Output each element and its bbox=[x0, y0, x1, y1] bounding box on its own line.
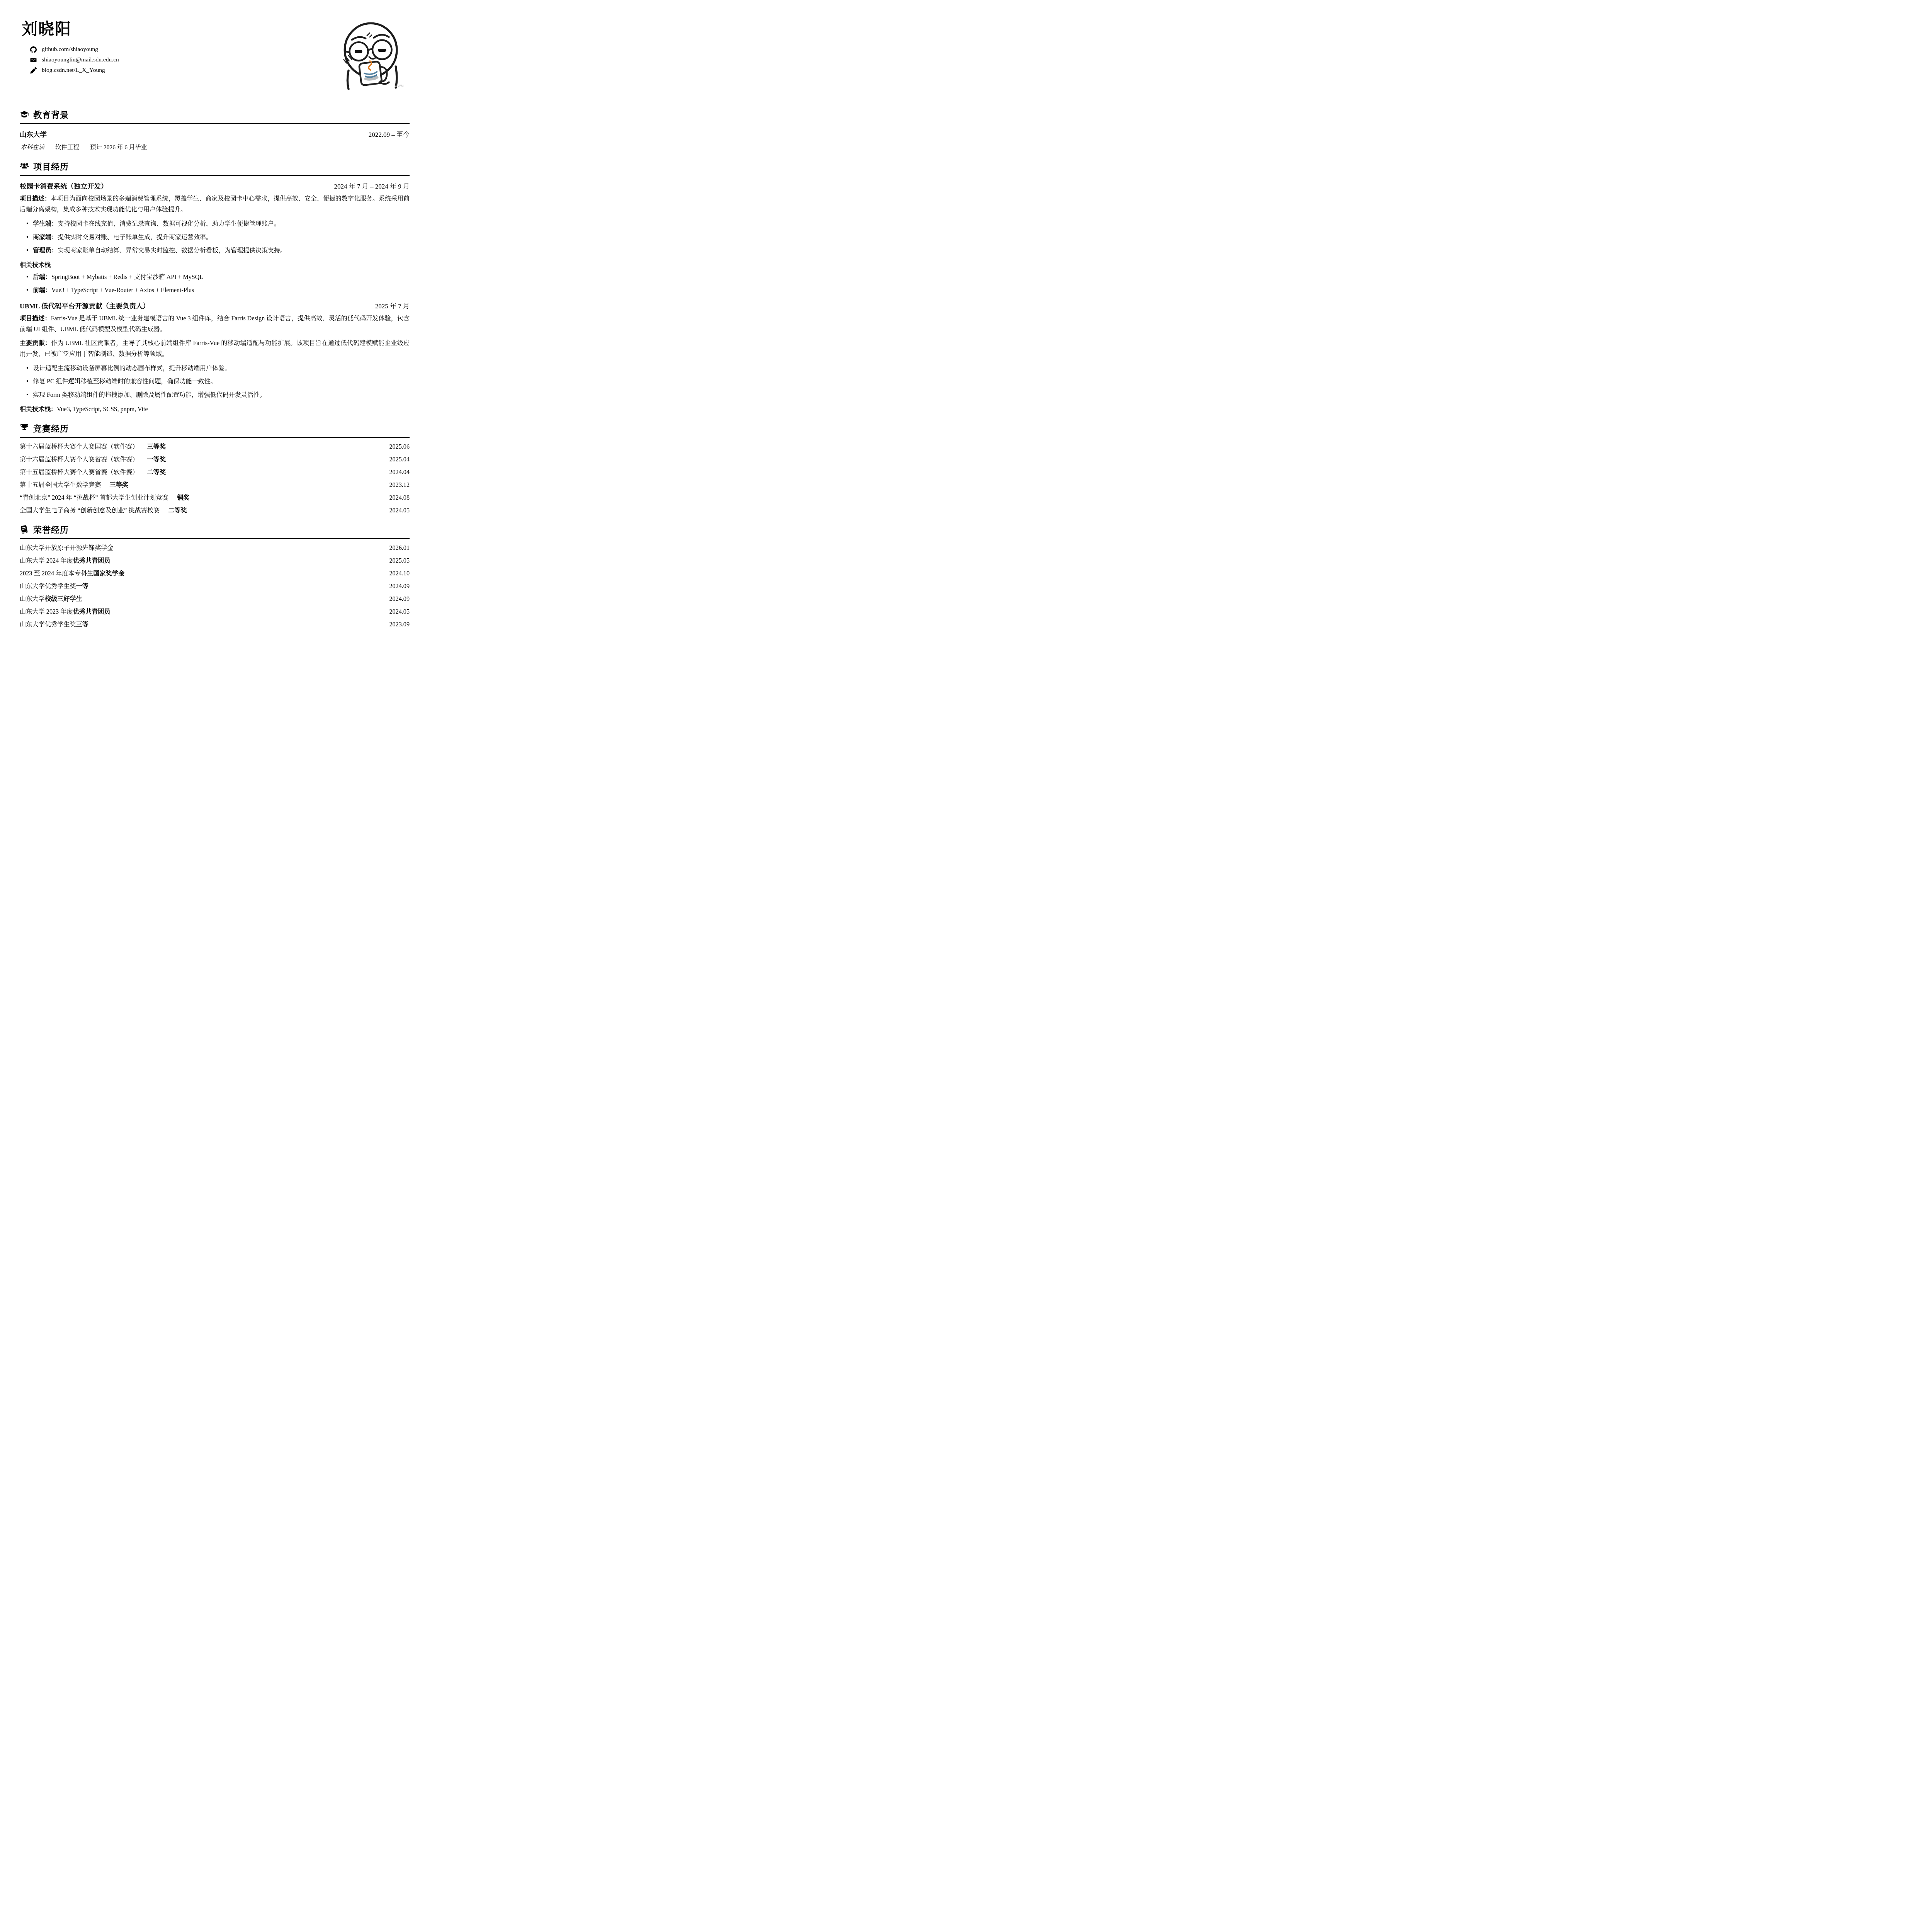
bullet-label: 前端： bbox=[33, 287, 51, 294]
description-label: 项目描述： bbox=[20, 196, 51, 202]
project-item-campus-card: 校园卡消费系统（独立开发） 2024 年 7 月 – 2024 年 9 月 项目… bbox=[20, 181, 410, 296]
competitions-title: 竞赛经历 bbox=[33, 422, 69, 434]
competition-text: 第十五届蓝桥杯大赛个人赛省赛（软件赛）二等奖 bbox=[20, 467, 166, 476]
github-text: github.com/shiaoyoung bbox=[42, 46, 98, 53]
bullet-item: 学生端：支持校园卡在线充值、消费记录查询、数据可视化分析，助力学生便捷管理账户。 bbox=[33, 219, 410, 229]
project-bullet-list: 设计适配主流移动设备屏幕比例的动态画布样式，提升移动端用户体验。 修复 PC 组… bbox=[20, 364, 410, 400]
honor-date: 2024.10 bbox=[389, 570, 410, 577]
competition-row: “青创北京” 2024 年 “挑战杯” 首都大学生创业计划竞赛铜奖 2024.0… bbox=[20, 492, 410, 502]
competition-date: 2024.05 bbox=[389, 507, 410, 514]
pencil-icon bbox=[30, 67, 37, 74]
competition-row: 第十五届全国大学生数学竞赛三等奖 2023.12 bbox=[20, 480, 410, 489]
honor-name: 山东大学 bbox=[20, 595, 45, 602]
honor-name: 山东大学 2024 年度 bbox=[20, 557, 73, 564]
award-level: 铜奖 bbox=[177, 494, 189, 501]
competition-name: 第十五届蓝桥杯大赛个人赛省赛（软件赛） bbox=[20, 469, 139, 476]
competition-text: 第十六届蓝桥杯大赛个人赛国赛（软件赛）三等奖 bbox=[20, 441, 166, 451]
section-education: 教育背景 山东大学 2022.09 – 至今 本科在读 软件工程 预计 2026… bbox=[20, 109, 410, 151]
avatar-image: WWM bbox=[338, 19, 407, 90]
honor-date: 2026.01 bbox=[389, 544, 410, 552]
bullet-label: 学生端： bbox=[33, 221, 58, 227]
svg-text:WWM: WWM bbox=[395, 84, 404, 88]
education-date: 2022.09 – 至今 bbox=[369, 129, 410, 139]
honor-name-bold: 一等 bbox=[76, 583, 88, 590]
bullet-text: 设计适配主流移动设备屏幕比例的动态画布样式，提升移动端用户体验。 bbox=[33, 365, 231, 372]
graduation-cap-icon bbox=[20, 110, 29, 119]
bullet-text: 支持校园卡在线充值、消费记录查询、数据可视化分析，助力学生便捷管理账户。 bbox=[58, 221, 280, 227]
competition-row: 第十六届蓝桥杯大赛个人赛省赛（软件赛）一等奖 2025.04 bbox=[20, 454, 410, 463]
honor-row: 山东大学校级三好学生 2024.09 bbox=[20, 594, 410, 603]
honor-date: 2024.05 bbox=[389, 608, 410, 616]
project-entry-head: 校园卡消费系统（独立开发） 2024 年 7 月 – 2024 年 9 月 bbox=[20, 181, 410, 191]
project-name: UBML 低代码平台开源贡献（主要负责人） bbox=[20, 301, 150, 311]
tech-stack-label: 相关技术栈： bbox=[20, 406, 57, 413]
honor-name: 山东大学优秀学生奖 bbox=[20, 621, 76, 628]
project-description: 项目描述：本项目为面向校园场景的多端消费管理系统，覆盖学生、商家及校园卡中心需求… bbox=[20, 194, 410, 216]
bullet-item: 设计适配主流移动设备屏幕比例的动态画布样式，提升移动端用户体验。 bbox=[33, 364, 410, 374]
honor-date: 2025.05 bbox=[389, 557, 410, 565]
bullet-label: 后端： bbox=[33, 274, 51, 281]
honors-header: 荣誉经历 bbox=[20, 524, 410, 536]
contribution-label: 主要贡献： bbox=[20, 340, 51, 347]
award-level: 三等奖 bbox=[147, 443, 166, 450]
honor-name-bold: 优秀共青团员 bbox=[73, 608, 111, 615]
description-label: 项目描述： bbox=[20, 315, 51, 322]
section-rule bbox=[20, 175, 410, 176]
section-rule bbox=[20, 437, 410, 438]
project-bullet-list: 学生端：支持校园卡在线充值、消费记录查询、数据可视化分析，助力学生便捷管理账户。… bbox=[20, 219, 410, 256]
project-item-ubml: UBML 低代码平台开源贡献（主要负责人） 2025 年 7 月 项目描述：Fa… bbox=[20, 301, 410, 413]
competitions-header: 竞赛经历 bbox=[20, 422, 410, 434]
bullet-item: 实现 Form 类移动端组件的拖拽添加、删除及属性配置功能，增强低代码开发灵活性… bbox=[33, 390, 410, 400]
honor-row: 2023 至 2024 年度本专科生国家奖学金 2024.10 bbox=[20, 568, 410, 577]
project-name: 校园卡消费系统（独立开发） bbox=[20, 181, 108, 191]
bullet-text: 实现商家账单自动结算、异常交易实时监控、数据分析看板，为管理提供决策支持。 bbox=[58, 247, 286, 254]
bullet-text: 修复 PC 组件逻辑移植至移动端时的兼容性问题，确保功能一致性。 bbox=[33, 378, 217, 385]
bullet-item: 商家端：提供实时交易对账、电子账单生成，提升商家运营效率。 bbox=[33, 233, 410, 243]
competition-text: “青创北京” 2024 年 “挑战杯” 首都大学生创业计划竞赛铜奖 bbox=[20, 492, 189, 502]
education-header: 教育背景 bbox=[20, 109, 410, 121]
education-entry: 山东大学 2022.09 – 至今 bbox=[20, 129, 410, 139]
competition-name: “青创北京” 2024 年 “挑战杯” 首都大学生创业计划竞赛 bbox=[20, 494, 168, 501]
education-title: 教育背景 bbox=[33, 109, 69, 121]
description-text: 本项目为面向校园场景的多端消费管理系统，覆盖学生、商家及校园卡中心需求，提供高效… bbox=[20, 196, 410, 213]
competition-text: 第十六届蓝桥杯大赛个人赛省赛（软件赛）一等奖 bbox=[20, 454, 166, 463]
degree-status: 本科在读 bbox=[20, 143, 44, 151]
projects-header: 项目经历 bbox=[20, 160, 410, 172]
tech-stack-heading: 相关技术栈 bbox=[20, 260, 410, 269]
bullet-text: 提供实时交易对账、电子账单生成，提升商家运营效率。 bbox=[58, 234, 212, 241]
award-level: 二等奖 bbox=[168, 507, 187, 514]
competition-name: 全国大学生电子商务 “创新创意及创业” 挑战赛校赛 bbox=[20, 507, 160, 514]
blog-text: blog.csdn.net/L_X_Young bbox=[42, 67, 105, 74]
bullet-item: 修复 PC 组件逻辑移植至移动端时的兼容性问题，确保功能一致性。 bbox=[33, 377, 410, 387]
resume-page: 刘晓阳 github.com/shiaoyoung shiaoyoungliu@… bbox=[0, 0, 429, 647]
competition-row: 第十六届蓝桥杯大赛个人赛国赛（软件赛）三等奖 2025.06 bbox=[20, 441, 410, 451]
section-rule bbox=[20, 123, 410, 124]
bullet-text: SpringBoot + Mybatis + Redis + 支付宝沙箱 API… bbox=[51, 274, 203, 281]
award-level: 一等奖 bbox=[147, 456, 166, 463]
honor-name-bold: 优秀共青团员 bbox=[73, 557, 111, 564]
major: 软件工程 bbox=[55, 143, 79, 151]
competition-date: 2024.08 bbox=[389, 494, 410, 502]
tech-bullet-list: 后端：SpringBoot + Mybatis + Redis + 支付宝沙箱 … bbox=[20, 272, 410, 296]
envelope-icon bbox=[30, 57, 37, 63]
competition-date: 2024.04 bbox=[389, 469, 410, 476]
honor-name-bold: 国家奖学金 bbox=[93, 570, 124, 577]
school-name: 山东大学 bbox=[20, 129, 47, 139]
users-icon bbox=[20, 162, 29, 171]
competition-list: 第十六届蓝桥杯大赛个人赛国赛（软件赛）三等奖 2025.06 第十六届蓝桥杯大赛… bbox=[20, 441, 410, 514]
competition-text: 第十五届全国大学生数学竞赛三等奖 bbox=[20, 480, 128, 489]
honor-text: 山东大学优秀学生奖三等 bbox=[20, 619, 88, 628]
contribution-text: 作为 UBML 社区贡献者，主导了其核心前端组件库 Farris-Vue 的移动… bbox=[20, 340, 410, 357]
tech-stack-line: 相关技术栈：Vue3, TypeScript, SCSS, pnpm, Vite bbox=[20, 404, 410, 413]
section-competitions: 竞赛经历 第十六届蓝桥杯大赛个人赛国赛（软件赛）三等奖 2025.06 第十六届… bbox=[20, 422, 410, 514]
competition-name: 第十六届蓝桥杯大赛个人赛省赛（软件赛） bbox=[20, 456, 139, 463]
honor-text: 山东大学 2024 年度优秀共青团员 bbox=[20, 555, 111, 565]
honor-text: 山东大学校级三好学生 bbox=[20, 594, 82, 603]
trophy-icon bbox=[20, 423, 29, 433]
project-contribution: 主要贡献：作为 UBML 社区贡献者，主导了其核心前端组件库 Farris-Vu… bbox=[20, 338, 410, 360]
project-date: 2025 年 7 月 bbox=[375, 301, 410, 310]
competition-row: 第十五届蓝桥杯大赛个人赛省赛（软件赛）二等奖 2024.04 bbox=[20, 467, 410, 476]
honors-title: 荣誉经历 bbox=[33, 524, 69, 536]
competition-date: 2025.04 bbox=[389, 456, 410, 463]
bullet-text: Vue3 + TypeScript + Vue-Router + Axios +… bbox=[51, 287, 194, 294]
bullet-item: 前端：Vue3 + TypeScript + Vue-Router + Axio… bbox=[33, 286, 410, 296]
book-icon bbox=[20, 525, 29, 534]
competition-name: 第十六届蓝桥杯大赛个人赛国赛（软件赛） bbox=[20, 443, 139, 450]
honor-text: 2023 至 2024 年度本专科生国家奖学金 bbox=[20, 568, 124, 577]
competition-text: 全国大学生电子商务 “创新创意及创业” 挑战赛校赛二等奖 bbox=[20, 505, 187, 514]
bullet-item: 管理员：实现商家账单自动结算、异常交易实时监控、数据分析看板，为管理提供决策支持… bbox=[33, 246, 410, 256]
honor-row: 山东大学开放原子开源先锋奖学金 2026.01 bbox=[20, 543, 410, 552]
bullet-item: 后端：SpringBoot + Mybatis + Redis + 支付宝沙箱 … bbox=[33, 272, 410, 282]
description-text: Farris-Vue 是基于 UBML 统一业务建模语言的 Vue 3 组件库，… bbox=[20, 315, 410, 333]
honor-name-bold: 校级三好学生 bbox=[45, 595, 82, 602]
award-level: 二等奖 bbox=[147, 469, 166, 476]
section-projects: 项目经历 校园卡消费系统（独立开发） 2024 年 7 月 – 2024 年 9… bbox=[20, 160, 410, 413]
competition-name: 第十五届全国大学生数学竞赛 bbox=[20, 481, 101, 488]
bullet-label: 管理员： bbox=[33, 247, 58, 254]
competition-row: 全国大学生电子商务 “创新创意及创业” 挑战赛校赛二等奖 2024.05 bbox=[20, 505, 410, 514]
github-icon bbox=[30, 46, 37, 53]
honor-date: 2024.09 bbox=[389, 583, 410, 590]
graduation-note: 预计 2026 年 6 月毕业 bbox=[90, 143, 147, 151]
honor-name: 山东大学优秀学生奖 bbox=[20, 583, 76, 590]
bullet-label: 商家端： bbox=[33, 234, 58, 241]
competition-date: 2023.12 bbox=[389, 481, 410, 489]
honor-row: 山东大学 2023 年度优秀共青团员 2024.05 bbox=[20, 606, 410, 616]
honor-date: 2024.09 bbox=[389, 595, 410, 603]
email-text: shiaoyoungliu@mail.sdu.edu.cn bbox=[42, 56, 119, 63]
section-honors: 荣誉经历 山东大学开放原子开源先锋奖学金 2026.01 山东大学 2024 年… bbox=[20, 524, 410, 628]
honor-name: 山东大学 2023 年度 bbox=[20, 608, 73, 615]
award-level: 三等奖 bbox=[109, 481, 128, 488]
project-date: 2024 年 7 月 – 2024 年 9 月 bbox=[334, 181, 410, 190]
honor-row: 山东大学优秀学生奖三等 2023.09 bbox=[20, 619, 410, 628]
honor-row: 山东大学优秀学生奖一等 2024.09 bbox=[20, 581, 410, 590]
honor-date: 2023.09 bbox=[389, 621, 410, 628]
header: 刘晓阳 github.com/shiaoyoung shiaoyoungliu@… bbox=[20, 16, 410, 99]
project-description: 项目描述：Farris-Vue 是基于 UBML 统一业务建模语言的 Vue 3… bbox=[20, 313, 410, 335]
project-entry-head: UBML 低代码平台开源贡献（主要负责人） 2025 年 7 月 bbox=[20, 301, 410, 311]
tech-stack-value: Vue3, TypeScript, SCSS, pnpm, Vite bbox=[57, 406, 148, 413]
education-details: 本科在读 软件工程 预计 2026 年 6 月毕业 bbox=[20, 143, 410, 151]
honor-text: 山东大学 2023 年度优秀共青团员 bbox=[20, 606, 111, 616]
honor-name: 2023 至 2024 年度本专科生 bbox=[20, 570, 93, 577]
competition-date: 2025.06 bbox=[389, 443, 410, 451]
honor-list: 山东大学开放原子开源先锋奖学金 2026.01 山东大学 2024 年度优秀共青… bbox=[20, 543, 410, 628]
honor-name: 山东大学开放原子开源先锋奖学金 bbox=[20, 544, 114, 551]
honor-row: 山东大学 2024 年度优秀共青团员 2025.05 bbox=[20, 555, 410, 565]
section-rule bbox=[20, 538, 410, 539]
projects-title: 项目经历 bbox=[33, 160, 69, 172]
honor-name-bold: 三等 bbox=[76, 621, 88, 628]
honor-text: 山东大学开放原子开源先锋奖学金 bbox=[20, 543, 114, 552]
bullet-text: 实现 Form 类移动端组件的拖拽添加、删除及属性配置功能，增强低代码开发灵活性… bbox=[33, 392, 266, 398]
honor-text: 山东大学优秀学生奖一等 bbox=[20, 581, 88, 590]
